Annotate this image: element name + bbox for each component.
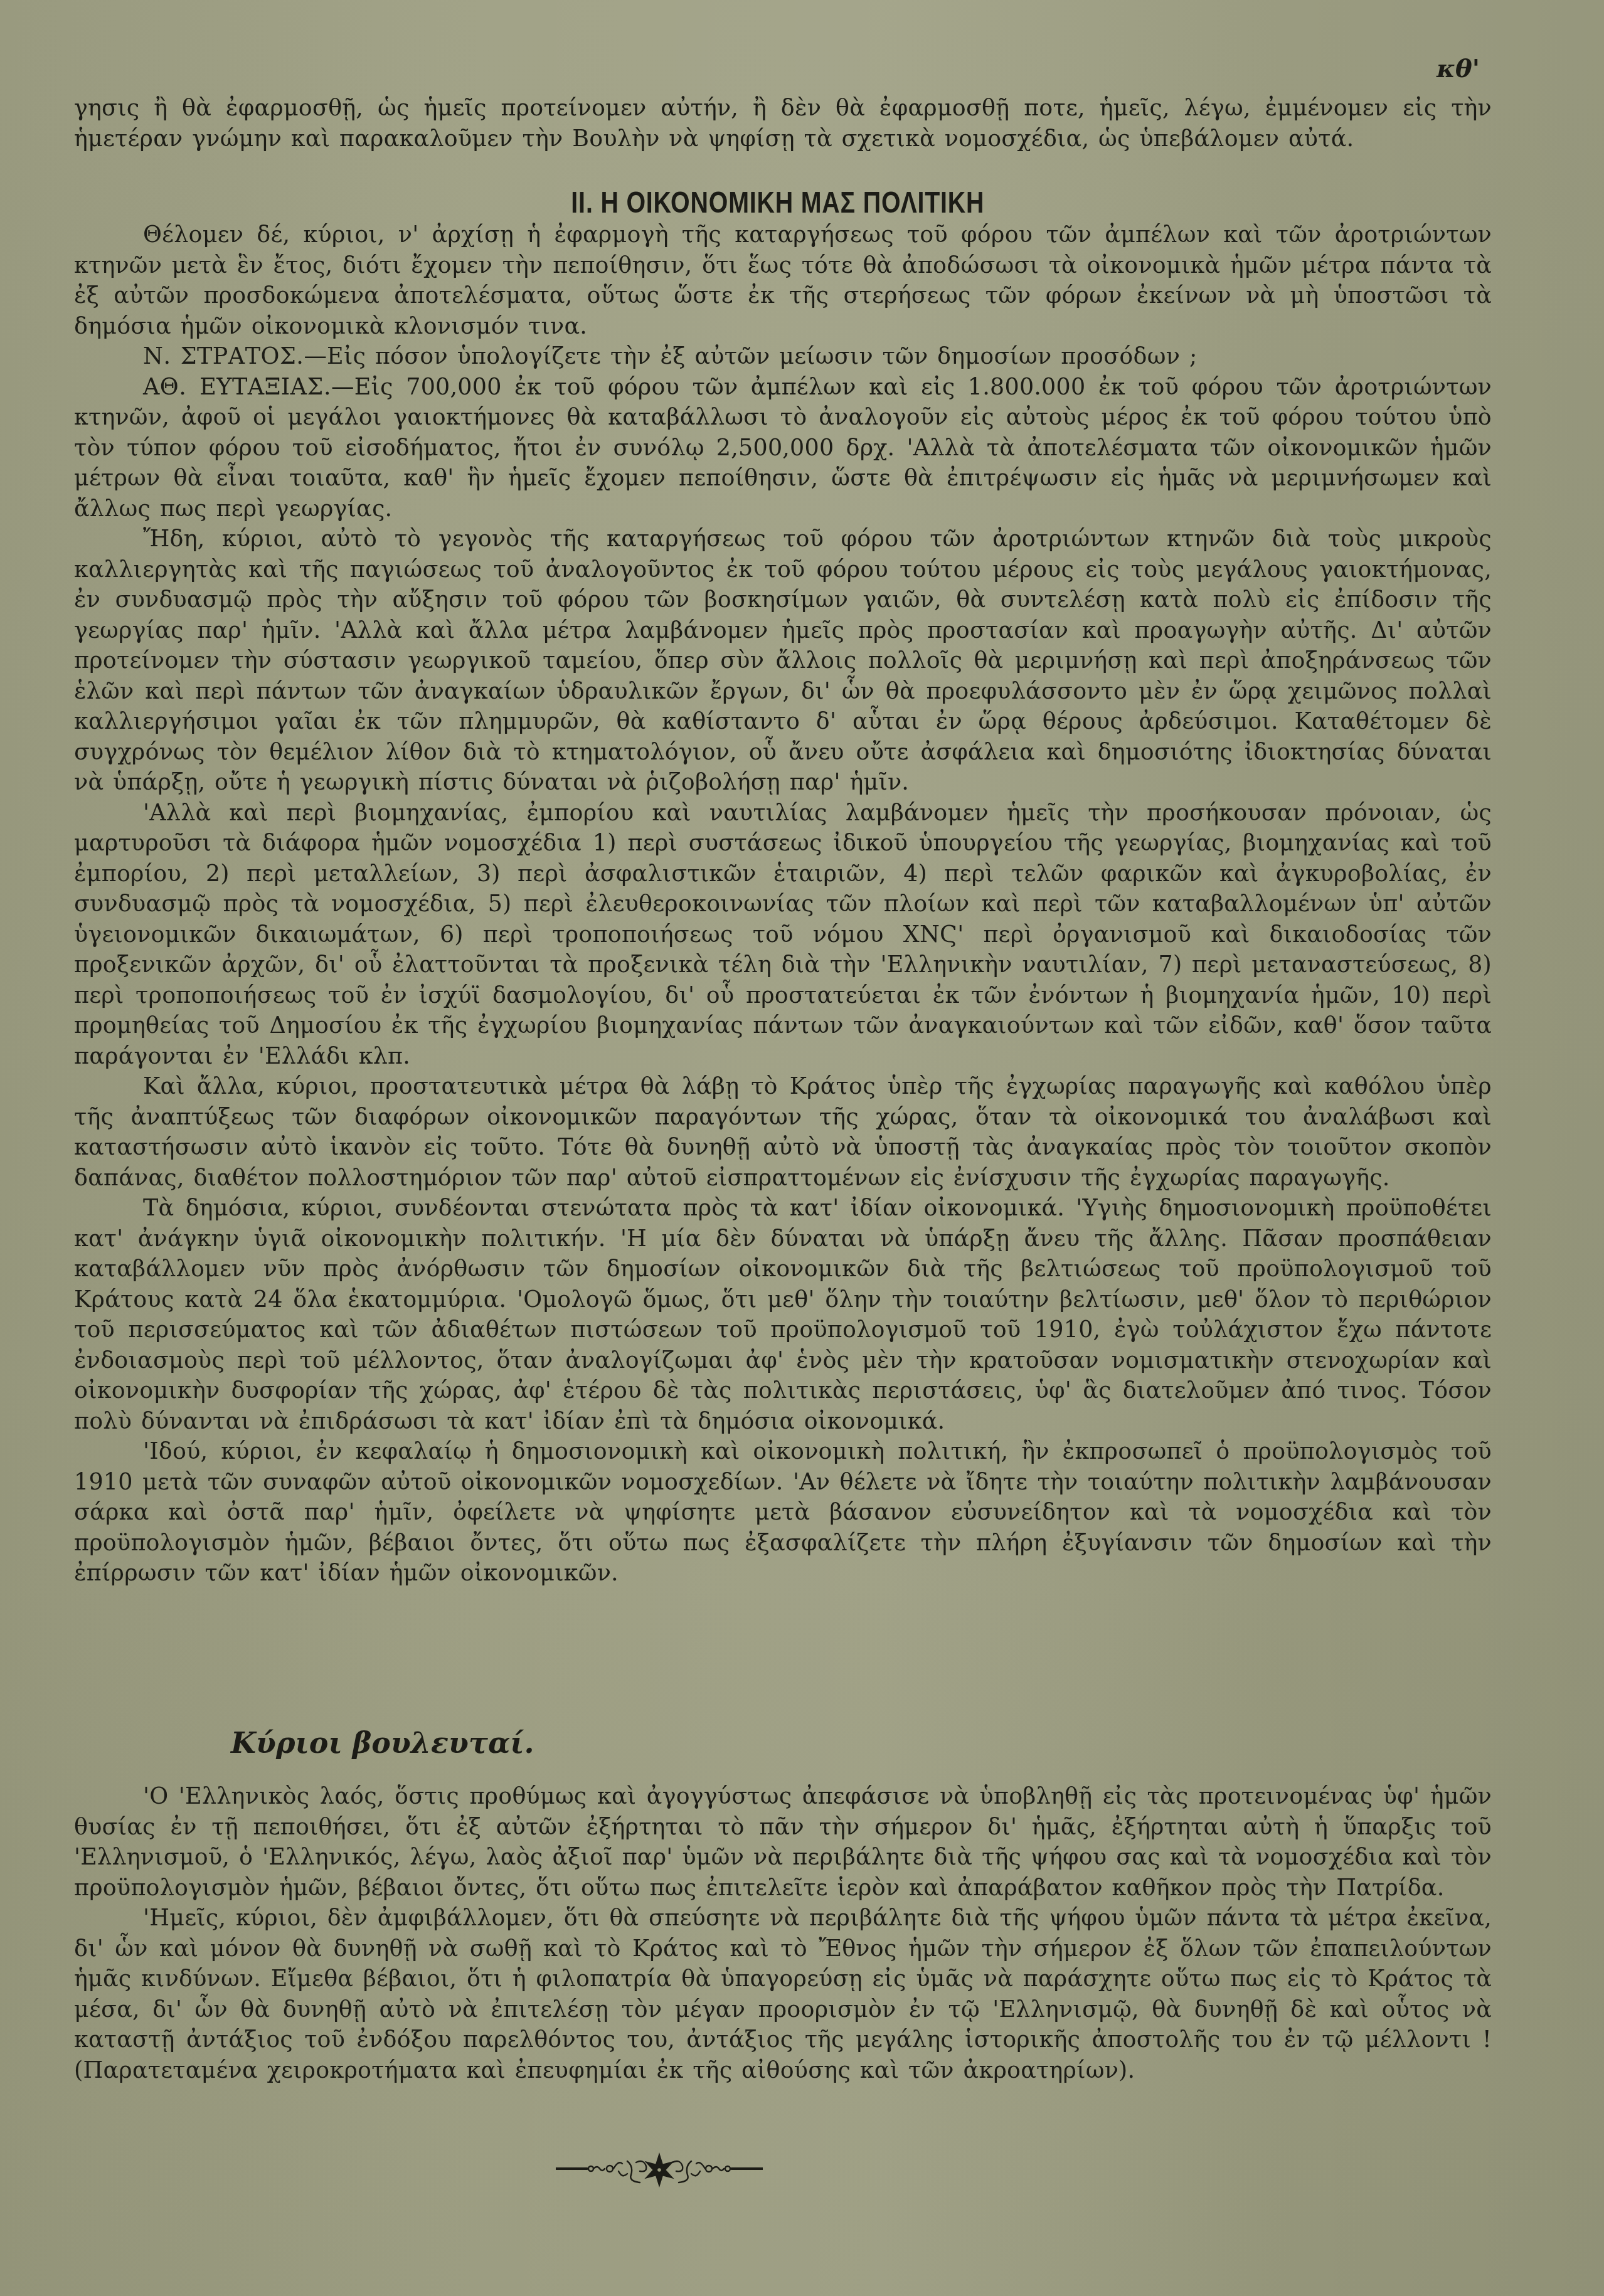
body-paragraph: Ἤδη, κύριοι, αὐτὸ τὸ γεγονὸς τῆς καταργή… [74,524,1492,798]
section-body: Θέλομεν δέ, κύριοι, ν' ἀρχίσῃ ἡ ἐφαρμογὴ… [74,220,1492,1589]
intro-block: γησις ἢ θὰ ἐφαρμοσθῇ, ὡς ἡμεῖς προτείνομ… [74,93,1492,154]
intro-paragraph: γησις ἢ θὰ ἐφαρμοσθῇ, ὡς ἡμεῖς προτείνομ… [74,93,1492,154]
speaker-name: ΑΘ. ΕΥΤΑΞΙΑΣ. [143,373,331,400]
dialogue-paragraph: ΑΘ. ΕΥΤΑΞΙΑΣ.—Εἰς 700,000 ἐκ τοῦ φόρου τ… [74,372,1492,524]
closing-paragraph: 'Ο 'Ελληνικὸς λαός, ὅστις προθύμως καὶ ἀ… [74,1781,1492,1903]
paragraph-text: 'Ιδού, κύριοι, ἐν κεφαλαίῳ ἡ δημοσιονομι… [74,1437,1492,1586]
dialogue-paragraph: Ν. ΣΤΡΑΤΟΣ.—Εἰς πόσον ὑπολογίζετε τὴν ἐξ… [74,341,1492,372]
section-title: II. Η ΟΙΚΟΝΟΜΙΚΗ ΜΑΣ ΠΟΛΙΤΙΚΗ [196,186,1359,220]
body-paragraph: 'Ιδού, κύριοι, ἐν κεφαλαίῳ ἡ δημοσιονομι… [74,1436,1492,1589]
paragraph-text: Ἤδη, κύριοι, αὐτὸ τὸ γεγονὸς τῆς καταργή… [74,525,1492,795]
floral-ornament-icon [556,2150,763,2188]
body-paragraph: Τὰ δημόσια, κύριοι, συνδέονται στενώτατα… [74,1193,1492,1436]
body-paragraph: 'Αλλὰ καὶ περὶ βιομηχανίας, ἐμπορίου καὶ… [74,798,1492,1072]
page-number: κθ' [1437,54,1480,83]
paragraph-text: Θέλομεν δέ, κύριοι, ν' ἀρχίσῃ ἡ ἐφαρμογὴ… [74,221,1492,339]
paragraph-text: Καὶ ἄλλα, κύριοι, προστατευτικὰ μέτρα θὰ… [74,1072,1492,1191]
closing-paragraph: 'Ημεῖς, κύριοι, δὲν ἀμφιβάλλομεν, ὅτι θὰ… [74,1903,1492,2085]
paragraph-text: —Εἰς πόσον ὑπολογίζετε τὴν ἐξ αὐτῶν μείω… [304,342,1197,369]
closing-heading: Κύριοι βουλευταί. [231,1726,534,1760]
paragraph-text: Τὰ δημόσια, κύριοι, συνδέονται στενώτατα… [74,1194,1492,1434]
body-paragraph: Θέλομεν δέ, κύριοι, ν' ἀρχίσῃ ἡ ἐφαρμογὴ… [74,220,1492,341]
speaker-name: Ν. ΣΤΡΑΤΟΣ. [143,342,304,369]
body-paragraph: Καὶ ἄλλα, κύριοι, προστατευτικὰ μέτρα θὰ… [74,1071,1492,1193]
paragraph-text: 'Αλλὰ καὶ περὶ βιομηχανίας, ἐμπορίου καὶ… [74,799,1492,1069]
closing-body: 'Ο 'Ελληνικὸς λαός, ὅστις προθύμως καὶ ἀ… [74,1781,1492,2085]
